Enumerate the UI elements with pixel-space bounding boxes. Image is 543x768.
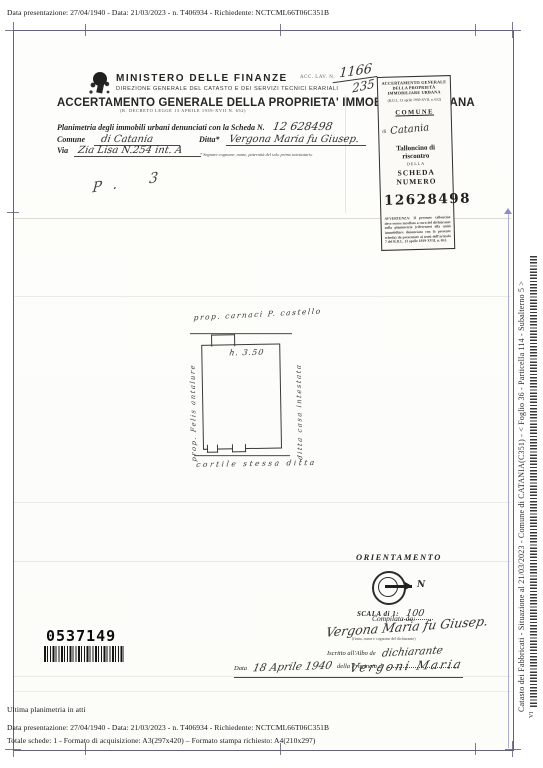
stamp-scheda-number: 12628498	[384, 191, 450, 209]
stamp-comune-handwritten: Catania	[390, 122, 430, 137]
plan-top-label-handwritten: prop. carnaci P. castello	[193, 306, 322, 322]
footer-signature-handwritten: Vergoni Maria	[349, 657, 465, 675]
compass-needle-tip	[405, 582, 412, 590]
via-label: Via	[57, 146, 68, 155]
barcode-icon	[44, 646, 124, 662]
reg-mark	[13, 22, 14, 38]
stamp-law: (R.D.L. 13 aprile 1939-XVII, n. 652)	[381, 97, 447, 103]
orientation-title: ORIENTAMENTO	[356, 552, 442, 562]
reg-tick-top	[85, 24, 86, 36]
compass-north-label: N	[417, 580, 425, 590]
data-line: Data 18 Aprile 1940 Vergoni Maria	[234, 657, 463, 678]
stamp-comune-line: di Catania	[382, 118, 448, 138]
stamp-di-label: di	[382, 130, 386, 135]
plan-courtyard-line	[194, 455, 290, 456]
reg-mark	[512, 22, 513, 38]
data-handwritten: 18 Aprile 1940	[252, 660, 334, 675]
planimetria-print-page: { "meta": { "top_line": "Data presentazi…	[0, 0, 543, 768]
acc-lav-label: ACC. LAV. N.	[300, 75, 335, 80]
reg-tick-top	[280, 24, 281, 36]
stamp-scheda-numero-label: SCHEDA NUMERO	[383, 167, 449, 187]
ministry-emblem-icon	[87, 69, 113, 97]
footer-metadata-line: Data presentazione: 27/04/1940 - Data: 2…	[7, 723, 329, 732]
data-label: Data	[234, 665, 247, 672]
via-handwritten: Zia Lisa N.254 int. A	[74, 145, 203, 157]
ministry-title: MINISTERO DELLE FINANZE	[116, 73, 288, 84]
barcode-number: 0537149	[44, 627, 118, 645]
ditta-handwritten: Vergona Maria fu Giusep.	[226, 134, 368, 146]
signature-strip	[530, 256, 537, 708]
footer-status-line: Ultima planimetria in atti	[7, 705, 86, 714]
scan-crease	[14, 691, 511, 692]
form-subtitle: (R. DECRETO LEGGE 13 APRILE 1939-XVII N.…	[120, 108, 246, 113]
floor-plan: prop. carnaci P. castello h. 3.50 prop. …	[184, 307, 317, 474]
reg-tick-top	[475, 24, 476, 36]
scan-edge-line	[508, 214, 509, 748]
stamp-header: ACCERTAMENTO GENERALE DELLA PROPRIETÀ IM…	[381, 79, 447, 96]
scan-crease	[14, 502, 511, 503]
signature-note: (firma, nome e cognome del dichiarante)	[352, 637, 416, 641]
scan-edge-arrow-icon	[504, 208, 512, 214]
stamp-talloncino-label: Talloncino di riscontro	[383, 143, 449, 161]
via-line: Via Zia Lisa N.254 int. A	[57, 140, 202, 158]
plan-height-annotation: h. 3.50	[229, 348, 265, 358]
reg-tick-left	[7, 212, 19, 213]
reg-mark	[512, 741, 513, 757]
footnote: * Segnare cognome, nome, paternità del s…	[200, 152, 312, 157]
plan-right-label-handwritten: ditta casa intestata	[295, 363, 305, 460]
plan-left-label-handwritten: prop. Felis antalure	[189, 363, 199, 462]
scan-crease	[14, 296, 511, 297]
reg-mark	[505, 30, 521, 31]
plan-bottom-label-handwritten: cortile stessa ditta	[196, 458, 318, 469]
ministry-direction: DIREZIONE GENERALE DEL CATASTO E DEI SER…	[116, 86, 339, 92]
reg-tick-bottom	[475, 743, 476, 755]
stamp-avvertenza: AVVERTENZA: Il presente talloncino deve …	[384, 215, 451, 245]
signature-strip-prefix: VI	[529, 712, 535, 718]
stamp-comune-label: COMUNE	[382, 108, 448, 117]
talloncino-stamp: ACCERTAMENTO GENERALE DELLA PROPRIETÀ IM…	[377, 75, 456, 251]
top-metadata-line: Data presentazione: 27/04/1940 - Data: 2…	[7, 8, 329, 17]
stamp-della-label: DELLA	[383, 160, 449, 167]
plan-room-outline	[201, 343, 282, 449]
reg-mark	[505, 749, 521, 750]
scan-crease-vertical	[345, 95, 346, 213]
plan-boundary-line	[190, 333, 292, 334]
plan-door-notch	[207, 445, 218, 453]
footer-format-line: Totale schede: 1 - Formato di acquisizio…	[7, 736, 316, 745]
cadastre-reference-vertical: Catasto dei Fabbricati - Situazione al 2…	[517, 281, 526, 712]
plan-door-notch	[232, 444, 246, 452]
